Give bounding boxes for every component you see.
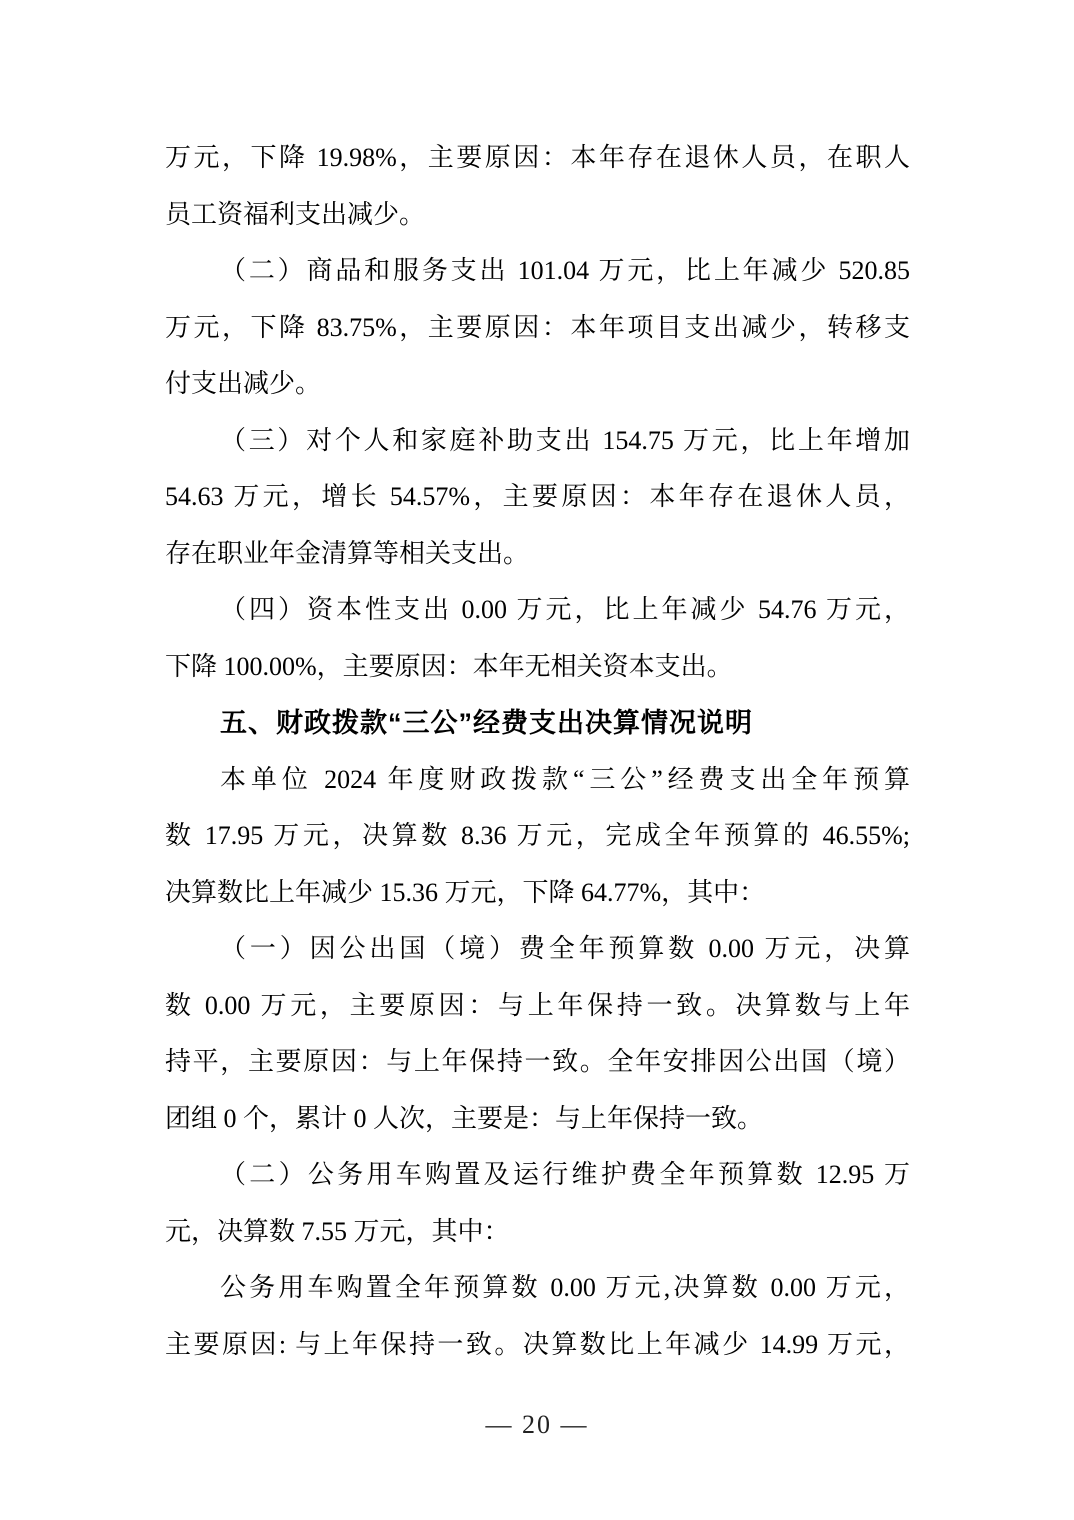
text-line-4: 万元，下降 83.75%，主要原因：本年项目支出减少，转移支 [165, 300, 910, 357]
document-body: 万元，下降 19.98%，主要原因：本年存在退休人员，在职人员工资福利支出减少。… [165, 130, 910, 1373]
section-heading: 五、财政拨款“三公”经费支出决算情况说明 [165, 695, 910, 752]
text-line-16: 数 0.00 万元，主要原因：与上年保持一致。决算数与上年 [165, 978, 910, 1035]
text-line-18: 团组 0 个，累计 0 人次，主要是：与上年保持一致。 [165, 1091, 910, 1148]
text-line-21: 公务用车购置全年预算数 0.00 万元,决算数 0.00 万元， [165, 1260, 910, 1317]
text-line-20: 元，决算数 7.55 万元，其中： [165, 1204, 910, 1261]
text-line-17: 持平，主要原因：与上年保持一致。全年安排因公出国（境） [165, 1034, 910, 1091]
document-page: 万元，下降 19.98%，主要原因：本年存在退休人员，在职人员工资福利支出减少。… [0, 0, 1074, 1520]
text-line-10: 下降 100.00%，主要原因：本年无相关资本支出。 [165, 639, 910, 696]
text-line-2: 员工资福利支出减少。 [165, 187, 910, 244]
text-line-9: （四）资本性支出 0.00 万元，比上年减少 54.76 万元， [165, 582, 910, 639]
text-line-14: 决算数比上年减少 15.36 万元，下降 64.77%，其中： [165, 865, 910, 922]
text-line-22: 主要原因: 与上年保持一致。决算数比上年减少 14.99 万元， [165, 1317, 910, 1374]
text-line-19: （二）公务用车购置及运行维护费全年预算数 12.95 万 [165, 1147, 910, 1204]
text-line-15: （一）因公出国（境）费全年预算数 0.00 万元，决算 [165, 921, 910, 978]
text-line-6: （三）对个人和家庭补助支出 154.75 万元，比上年增加 [165, 413, 910, 470]
page-footer: — 20 — [0, 1405, 1074, 1445]
page-number: — 20 — [486, 1410, 589, 1439]
text-line-8: 存在职业年金清算等相关支出。 [165, 526, 910, 583]
text-line-7: 54.63 万元，增长 54.57%，主要原因：本年存在退休人员， [165, 469, 910, 526]
text-line-3: （二）商品和服务支出 101.04 万元，比上年减少 520.85 [165, 243, 910, 300]
text-line-12: 本单位 2024 年度财政拨款“三公”经费支出全年预算 [165, 752, 910, 809]
text-line-5: 付支出减少。 [165, 356, 910, 413]
text-line-1: 万元，下降 19.98%，主要原因：本年存在退休人员，在职人 [165, 130, 910, 187]
text-line-13: 数 17.95 万元，决算数 8.36 万元，完成全年预算的 46.55%; [165, 808, 910, 865]
